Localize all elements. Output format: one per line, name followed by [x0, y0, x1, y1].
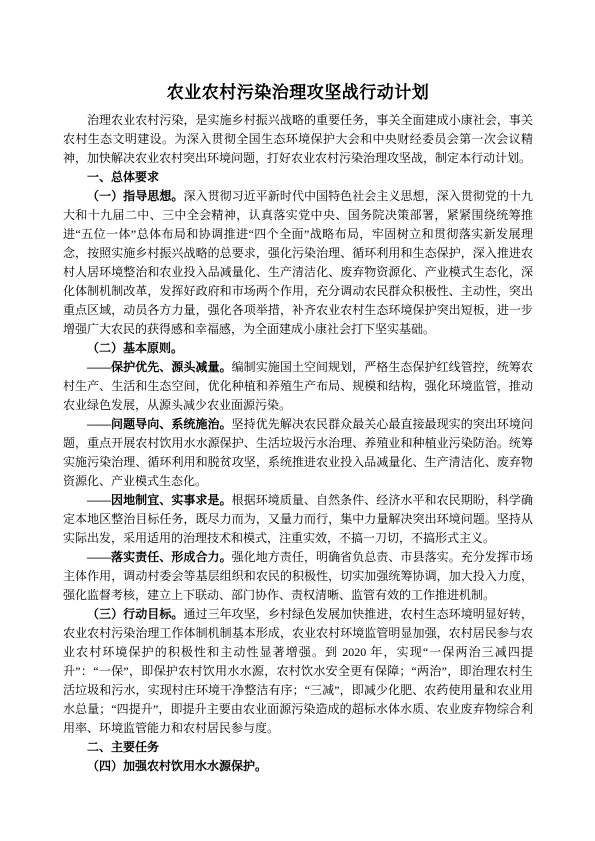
paragraph-lead: ——落实责任、形成合力。 [87, 550, 232, 564]
paragraph-principle-responsibility: ——落实责任、形成合力。强化地方责任，明确省负总责、市县落实。充分发挥市场主体作… [63, 548, 533, 605]
document-page: 农业农村污染治理攻坚战行动计划 治理农业农村污染，是实施乡村振兴战略的重要任务，… [0, 0, 595, 841]
paragraph-lead: （一）指导思想。 [87, 189, 183, 203]
heading-text: 一、总体要求 [87, 170, 159, 184]
paragraph-principle-problem-oriented: ——问题导向、系统施治。坚持优先解决农民群众最关心最直接最现实的突出环境问题，重… [63, 415, 533, 491]
paragraph-principle-protection-first: ——保护优先、源头减量。编制实施国土空间规划，严格生态保护红线管控，统筹农村生产… [63, 358, 533, 415]
document-title: 农业农村污染治理攻坚战行动计划 [63, 82, 533, 104]
paragraph-lead: ——因地制宜、实事求是。 [87, 493, 232, 507]
section-heading-overall-requirements: 一、总体要求 [63, 168, 533, 187]
paragraph-lead: ——问题导向、系统施治。 [87, 417, 232, 431]
paragraph-text: 深入贯彻习近平新时代中国特色社会主义思想，深入贯彻党的十九大和十九届二中、三中全… [63, 189, 533, 336]
paragraph-principle-local-conditions: ——因地制宜、实事求是。根据环境质量、自然条件、经济水平和农民期盼，科学确定本地… [63, 491, 533, 548]
paragraph-text: 通过三年攻坚，乡村绿色发展加快推进，农村生态环境明显好转，农业农村污染治理工作体… [63, 607, 533, 735]
paragraph-drinking-water-protection: （四）加强农村饮用水水源保护。 [63, 757, 533, 776]
paragraph-lead: ——保护优先、源头减量。 [87, 360, 232, 374]
paragraph-intro: 治理农业农村污染，是实施乡村振兴战略的重要任务，事关全面建成小康社会，事关农村生… [63, 111, 533, 168]
paragraph-text: 治理农业农村污染，是实施乡村振兴战略的重要任务，事关全面建成小康社会，事关农村生… [63, 113, 533, 165]
paragraph-guiding-ideology: （一）指导思想。深入贯彻习近平新时代中国特色社会主义思想，深入贯彻党的十九大和十… [63, 187, 533, 339]
paragraph-action-goals: （三）行动目标。通过三年攻坚，乡村绿色发展加快推进，农村生态环境明显好转，农业农… [63, 605, 533, 738]
section-heading-main-tasks: 二、主要任务 [63, 738, 533, 757]
paragraph-lead: （三）行动目标。 [87, 607, 183, 621]
paragraph-lead: （四）加强农村饮用水水源保护。 [87, 759, 267, 773]
paragraph-lead: （二）基本原则。 [87, 341, 183, 355]
paragraph-basic-principles: （二）基本原则。 [63, 339, 533, 358]
heading-text: 二、主要任务 [87, 740, 159, 754]
